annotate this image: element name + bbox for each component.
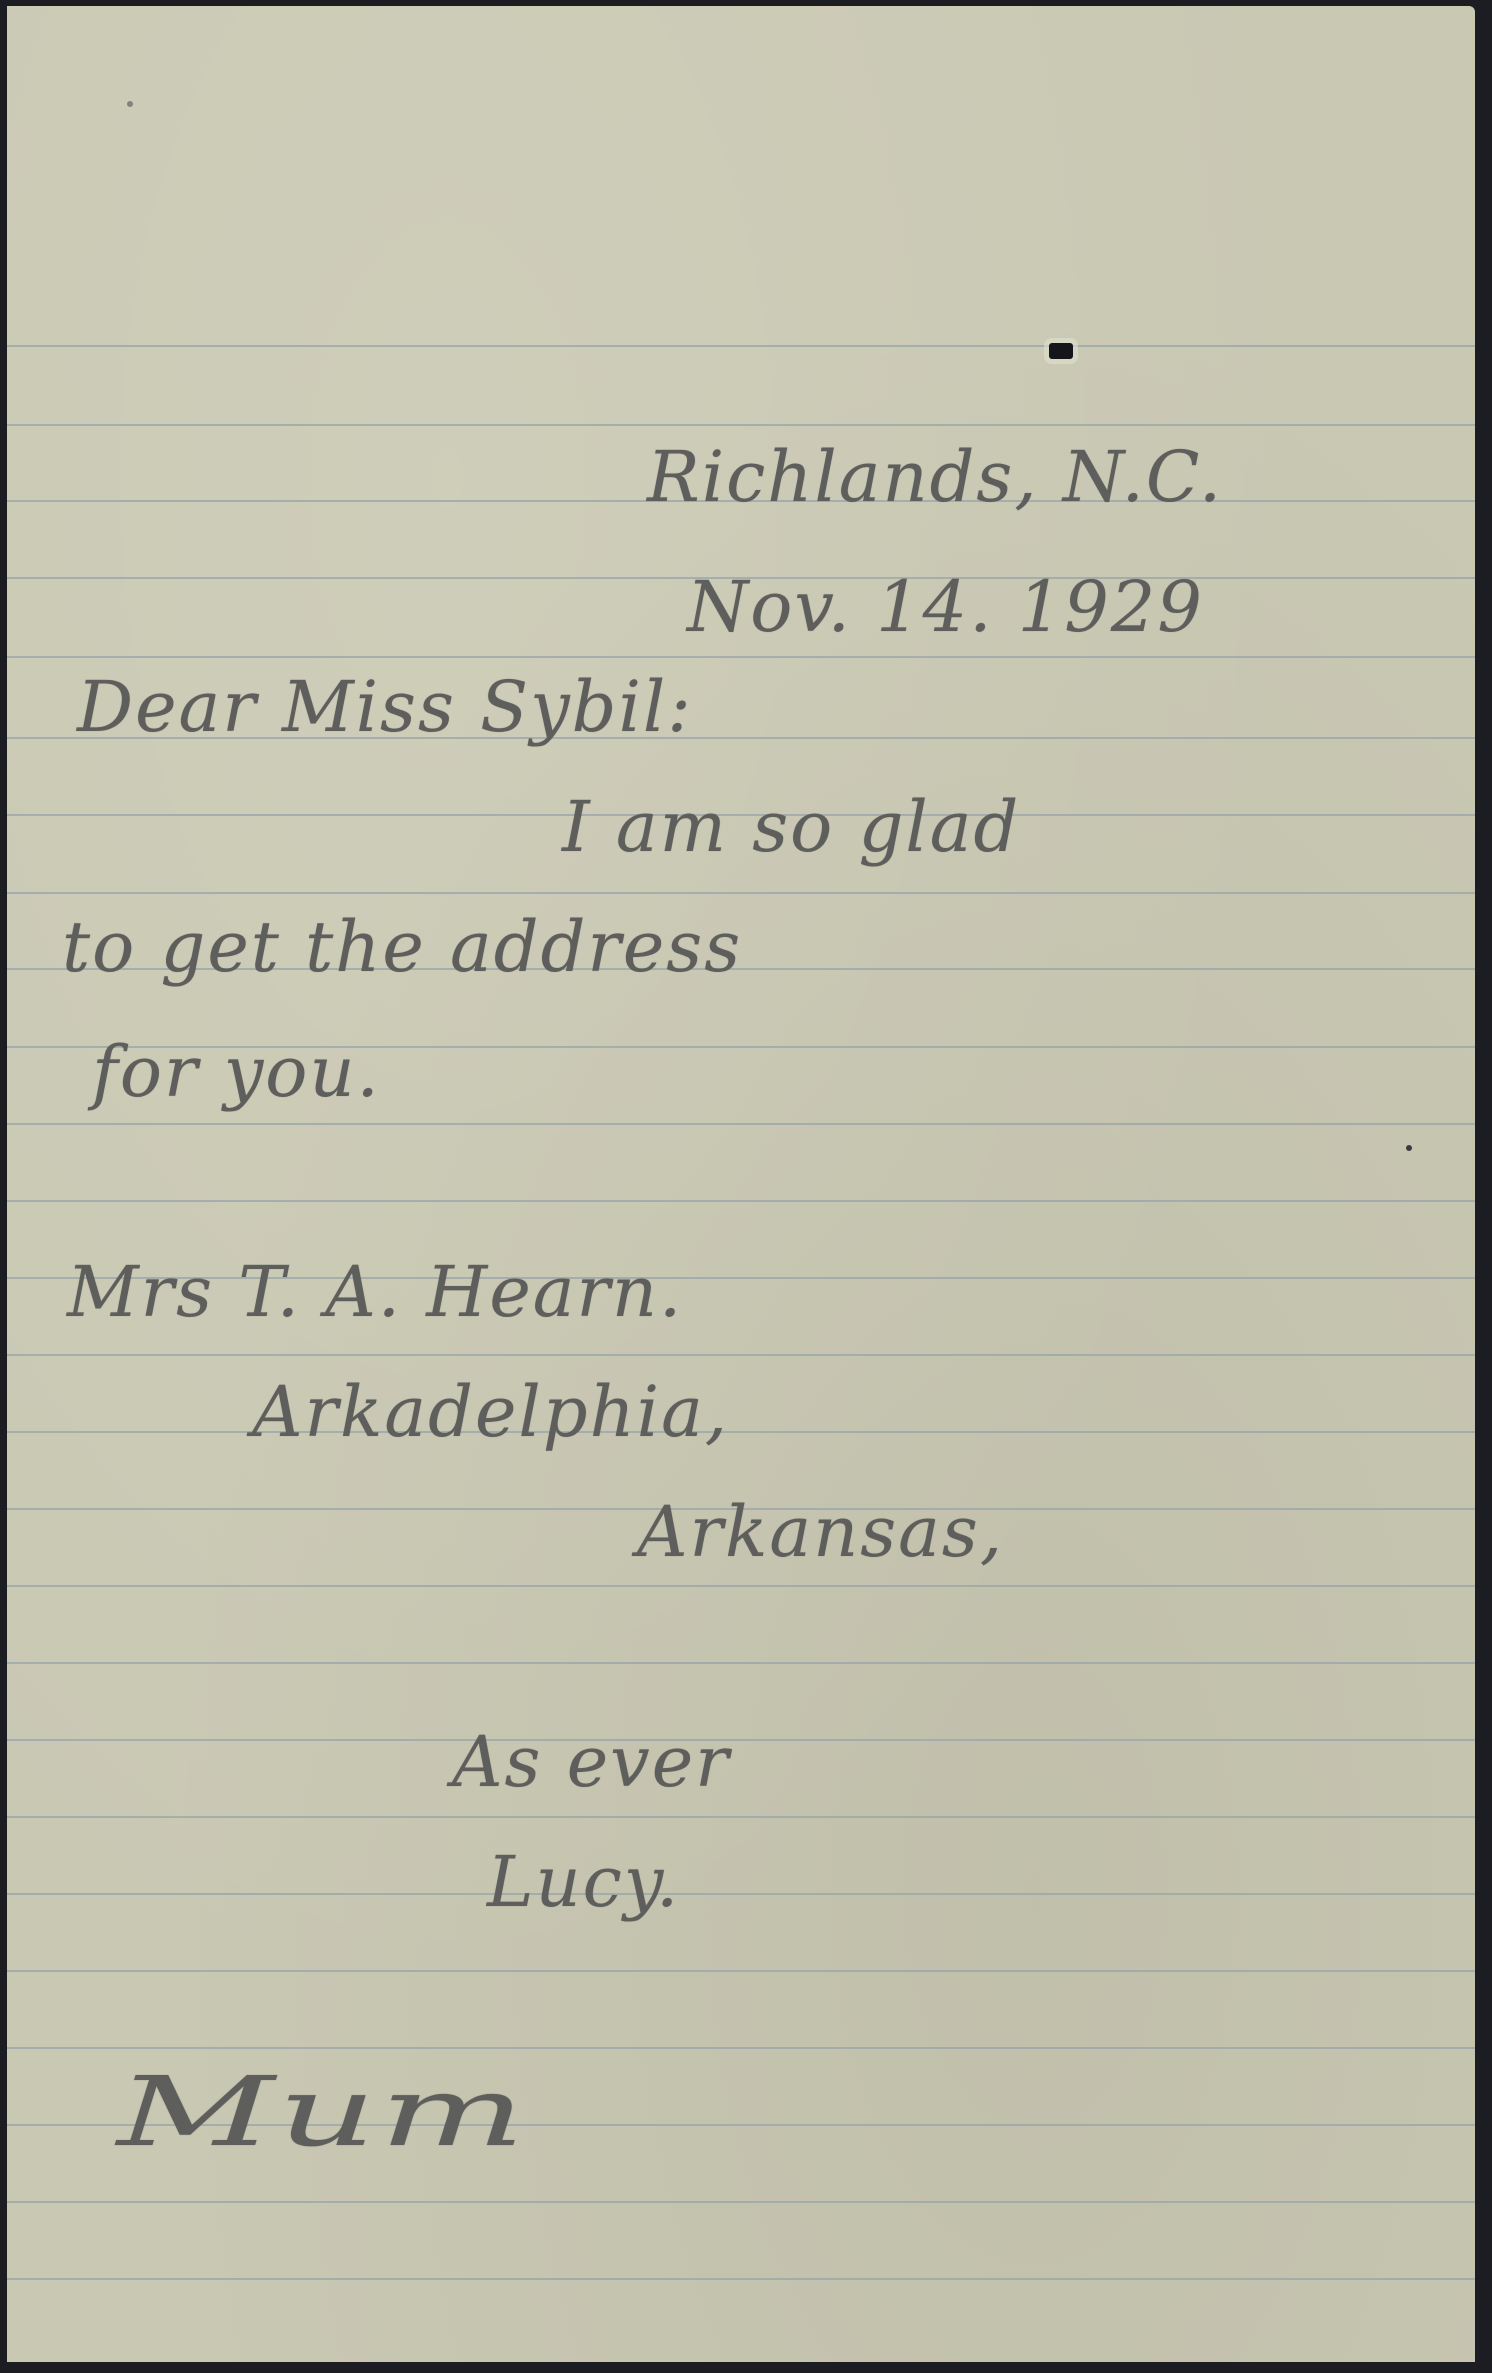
ruled-line	[7, 2278, 1475, 2280]
letter-body-line: to get the address	[62, 906, 742, 988]
ruled-line	[7, 1816, 1475, 1818]
ruled-line	[7, 1970, 1475, 1972]
letter-body-line: I am so glad	[562, 786, 1020, 868]
scanned-document: Richlands, N.C. Nov. 14. 1929 Dear Miss …	[0, 0, 1492, 2373]
ruled-line	[7, 1123, 1475, 1125]
ruled-line	[7, 1662, 1475, 1664]
ruled-line	[7, 1354, 1475, 1356]
letter-place: Richlands, N.C.	[647, 436, 1223, 518]
ruled-line	[7, 892, 1475, 894]
paper-speck	[1406, 1145, 1412, 1151]
address-city: Arkadelphia,	[252, 1371, 729, 1453]
ruled-line	[7, 1200, 1475, 1202]
ruled-line	[7, 2047, 1475, 2049]
ruled-line	[7, 2201, 1475, 2203]
paper-speck	[127, 101, 133, 107]
ruled-paper-sheet: Richlands, N.C. Nov. 14. 1929 Dear Miss …	[7, 6, 1475, 2362]
ruled-line	[7, 424, 1475, 426]
ruled-line	[7, 345, 1475, 347]
ruled-line	[7, 1431, 1475, 1433]
address-state: Arkansas,	[637, 1491, 1004, 1573]
letter-closing: As ever	[452, 1721, 731, 1803]
letter-signature: Lucy.	[487, 1841, 680, 1923]
letter-body-line: for you.	[92, 1031, 381, 1113]
ruled-line	[7, 1893, 1475, 1895]
punch-hole	[1049, 343, 1073, 359]
ruled-line	[7, 1739, 1475, 1741]
ruled-line	[7, 1585, 1475, 1587]
address-name: Mrs T. A. Hearn.	[67, 1251, 683, 1333]
letter-date: Nov. 14. 1929	[687, 566, 1204, 648]
ruled-line	[7, 656, 1475, 658]
letter-salutation: Dear Miss Sybil:	[77, 666, 693, 748]
annotation-scrawl: Mum	[117, 2056, 528, 2168]
